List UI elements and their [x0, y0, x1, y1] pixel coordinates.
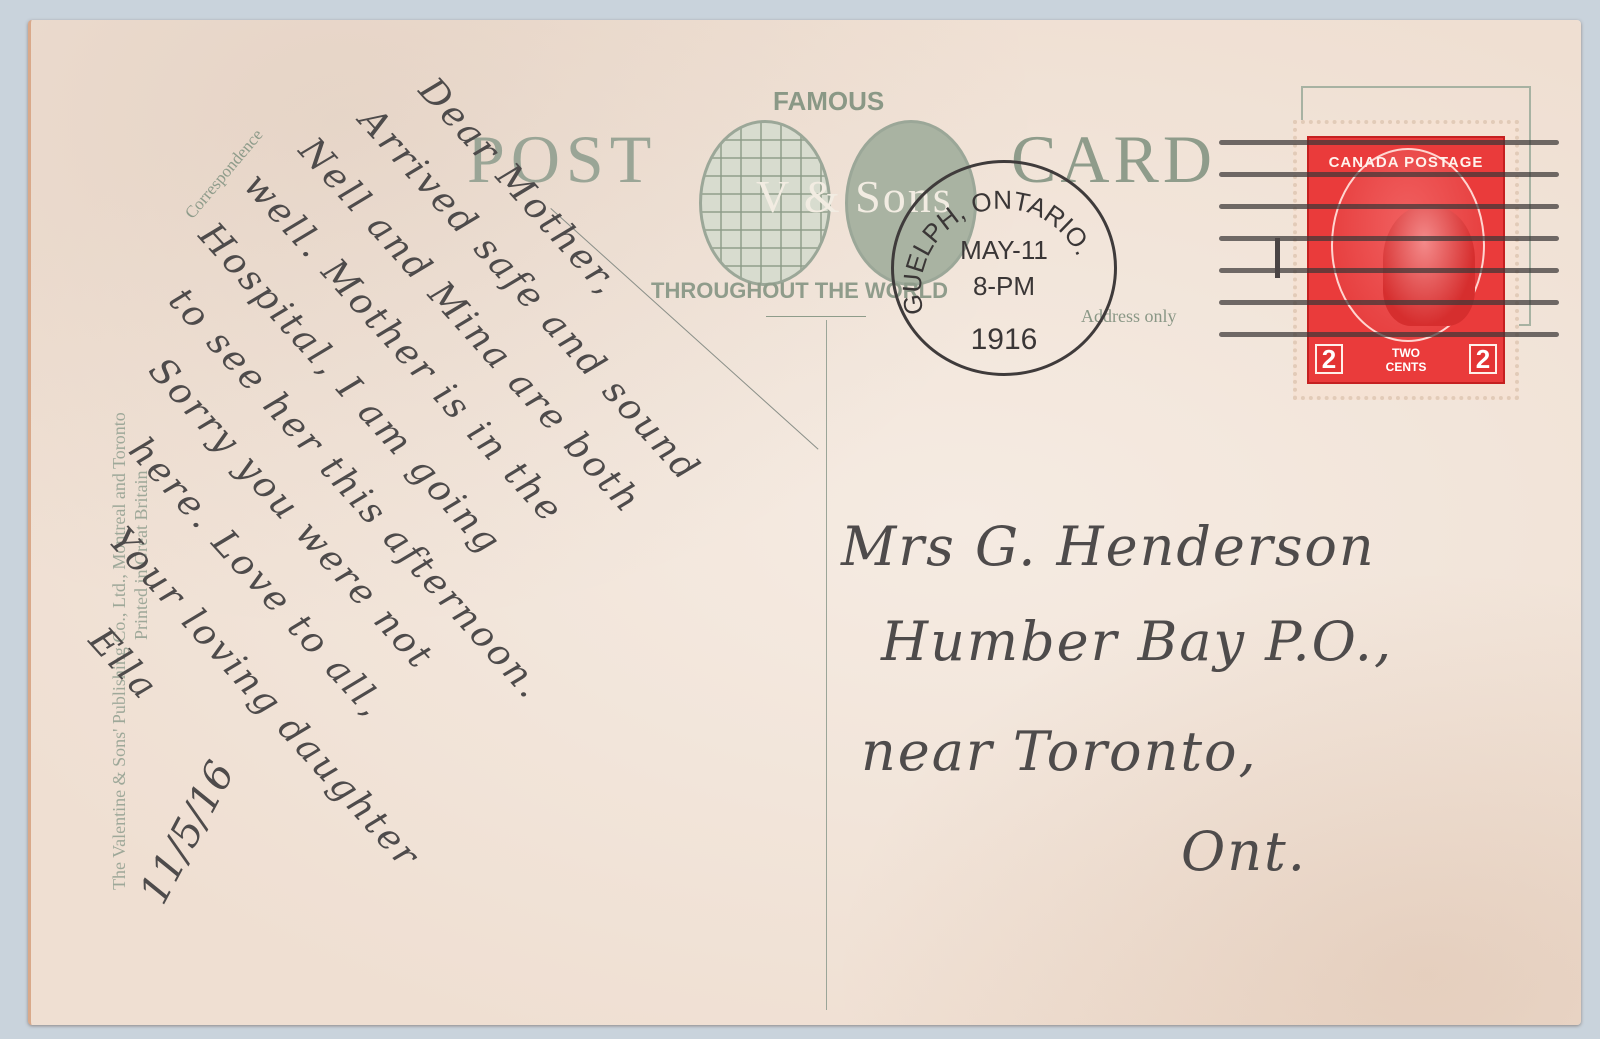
postcard: POST FAMOUS V & Sons THROUGHOUT THE WORL…: [28, 20, 1581, 1025]
address-line: Ont.: [1181, 820, 1307, 883]
famous-label: FAMOUS: [773, 86, 884, 117]
cancel-number-mark: [1275, 238, 1280, 278]
postmark: GUELPH, ONTARIO. MAY-11 8-PM 1916: [891, 160, 1117, 376]
cancellation-lines: [1219, 140, 1559, 360]
divider-rule: [766, 316, 866, 317]
address-line: Mrs G. Henderson: [841, 515, 1376, 578]
postmark-date: MAY-11: [894, 235, 1114, 266]
message-line: Ella: [81, 620, 167, 709]
address-line: near Toronto,: [861, 720, 1258, 783]
address-line: Humber Bay P.O.,: [881, 610, 1393, 673]
postmark-year: 1916: [894, 323, 1114, 357]
postmark-time: 8-PM: [894, 271, 1114, 302]
center-divider: [826, 320, 827, 1010]
message-date: 11/5/16: [131, 754, 244, 912]
